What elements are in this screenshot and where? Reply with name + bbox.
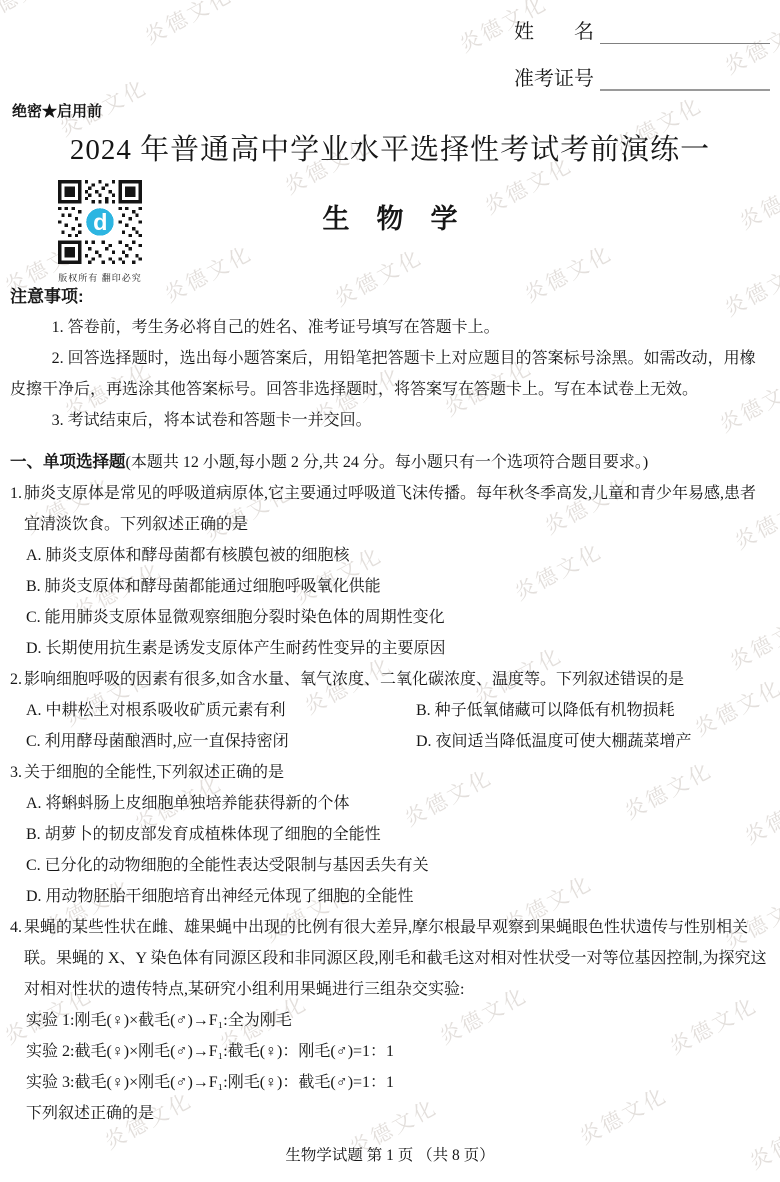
question-2-option-row-2: C. 利用酵母菌酿酒时,应一直保持密闭 D. 夜间适当降低温度可使大棚蔬菜增产 bbox=[24, 726, 770, 757]
question-3-option-a: A. 将蝌蚪肠上皮细胞单独培养能获得新的个体 bbox=[24, 788, 770, 819]
question-2-option-b: B. 种子低氧储藏可以降低有机物损耗 bbox=[416, 695, 675, 726]
page-footer: 生物学试题 第 1 页 （共 8 页） bbox=[0, 1143, 780, 1165]
name-field-row: 姓 名 bbox=[514, 12, 770, 44]
admission-number-underline bbox=[600, 65, 770, 91]
exam-title: 2024 年普通高中学业水平选择性考试考前演练一 bbox=[0, 127, 780, 168]
question-1-option-b: B. 肺炎支原体和酵母菌都能通过细胞呼吸氧化供能 bbox=[24, 571, 770, 602]
name-underline bbox=[600, 18, 770, 44]
question-3-number: 3. bbox=[10, 757, 22, 788]
question-2: 2. 影响细胞呼吸的因素有很多,如含水量、氧气浓度、二氧化碳浓度、温度等。下列叙… bbox=[10, 664, 770, 757]
question-4-experiment-1: 实验 1:刚毛(♀)×截毛(♂)→F₁:全为刚毛 bbox=[24, 1005, 770, 1036]
question-4: 4. 果蝇的某些性状在雌、雄果蝇中出现的比例有很大差异,摩尔根最早观察到果蝇眼色… bbox=[10, 912, 770, 1129]
notice-item-2: 2. 回答选择题时，选出每小题答案后，用铅笔把答题卡上对应题目的答案标号涂黑。如… bbox=[10, 343, 770, 405]
question-1-option-d: D. 长期使用抗生素是诱发支原体产生耐药性变异的主要原因 bbox=[24, 633, 770, 664]
notice-item-3: 3. 考试结束后，将本试卷和答题卡一并交回。 bbox=[10, 405, 770, 436]
admission-number-label: 准考证号 bbox=[514, 62, 594, 91]
question-3-stem: 关于细胞的全能性,下列叙述正确的是 bbox=[24, 757, 770, 788]
watermark-text: 炎德文化 bbox=[139, 0, 238, 51]
section-one-title: 一、单项选择题(本题共 12 小题,每小题 2 分,共 24 分。每小题只有一个… bbox=[10, 447, 770, 478]
name-label: 姓 名 bbox=[514, 15, 594, 44]
notice-item-1: 1. 答卷前，考生务必将自己的姓名、准考证号填写在答题卡上。 bbox=[10, 312, 770, 343]
question-3: 3. 关于细胞的全能性,下列叙述正确的是 A. 将蝌蚪肠上皮细胞单独培养能获得新… bbox=[10, 757, 770, 912]
question-4-number: 4. bbox=[10, 912, 22, 943]
subject-title: 生 物 学 bbox=[0, 197, 780, 236]
question-4-tail: 下列叙述正确的是 bbox=[24, 1098, 770, 1129]
question-2-option-a: A. 中耕松土对根系吸收矿质元素有利 bbox=[26, 695, 416, 726]
exam-paper-page: 炎德文化炎德文化炎德文化炎德文化炎德文化炎德文化炎德文化炎德文化炎德文化炎德文化… bbox=[0, 0, 780, 1182]
secret-notice: 绝密★启用前 bbox=[12, 100, 102, 121]
question-2-option-d: D. 夜间适当降低温度可使大棚蔬菜增产 bbox=[416, 726, 692, 757]
watermark-text: 炎德文化 bbox=[0, 0, 67, 31]
question-4-experiment-3: 实验 3:截毛(♀)×刚毛(♂)→F₁:刚毛(♀)：截毛(♂)=1：1 bbox=[24, 1067, 770, 1098]
question-2-stem: 影响细胞呼吸的因素有很多,如含水量、氧气浓度、二氧化碳浓度、温度等。下列叙述错误… bbox=[24, 664, 770, 695]
section-one-title-bold: 一、单项选择题 bbox=[10, 453, 126, 471]
question-1-number: 1. bbox=[10, 478, 22, 509]
question-1-stem: 肺炎支原体是常见的呼吸道病原体,它主要通过呼吸道飞沫传播。每年秋冬季高发,儿童和… bbox=[24, 478, 770, 540]
main-content: 注意事项: 1. 答卷前，考生务必将自己的姓名、准考证号填写在答题卡上。 2. … bbox=[10, 281, 770, 1129]
admission-field-row: 准考证号 bbox=[514, 59, 770, 91]
question-1-option-c: C. 能用肺炎支原体显微观察细胞分裂时染色体的周期性变化 bbox=[24, 602, 770, 633]
question-3-option-b: B. 胡萝卜的韧皮部发育成植株体现了细胞的全能性 bbox=[24, 819, 770, 850]
section-one-title-rest: (本题共 12 小题,每小题 2 分,共 24 分。每小题只有一个选项符合题目要… bbox=[126, 454, 649, 471]
question-4-stem: 果蝇的某些性状在雌、雄果蝇中出现的比例有很大差异,摩尔根最早观察到果蝇眼色性状遗… bbox=[24, 912, 770, 1005]
question-3-option-d: D. 用动物胚胎干细胞培育出神经元体现了细胞的全能性 bbox=[24, 881, 770, 912]
candidate-info-fields: 姓 名 准考证号 bbox=[514, 12, 770, 106]
question-2-option-c: C. 利用酵母菌酿酒时,应一直保持密闭 bbox=[26, 726, 416, 757]
question-1-option-a: A. 肺炎支原体和酵母菌都有核膜包被的细胞核 bbox=[24, 540, 770, 571]
question-2-option-row-1: A. 中耕松土对根系吸收矿质元素有利 B. 种子低氧储藏可以降低有机物损耗 bbox=[24, 695, 770, 726]
notice-title: 注意事项: bbox=[10, 281, 770, 312]
question-2-number: 2. bbox=[10, 664, 22, 695]
question-1: 1. 肺炎支原体是常见的呼吸道病原体,它主要通过呼吸道飞沫传播。每年秋冬季高发,… bbox=[10, 478, 770, 664]
question-4-experiment-2: 实验 2:截毛(♀)×刚毛(♂)→F₁:截毛(♀)：刚毛(♂)=1：1 bbox=[24, 1036, 770, 1067]
question-3-option-c: C. 已分化的动物细胞的全能性表达受限制与基因丢失有关 bbox=[24, 850, 770, 881]
